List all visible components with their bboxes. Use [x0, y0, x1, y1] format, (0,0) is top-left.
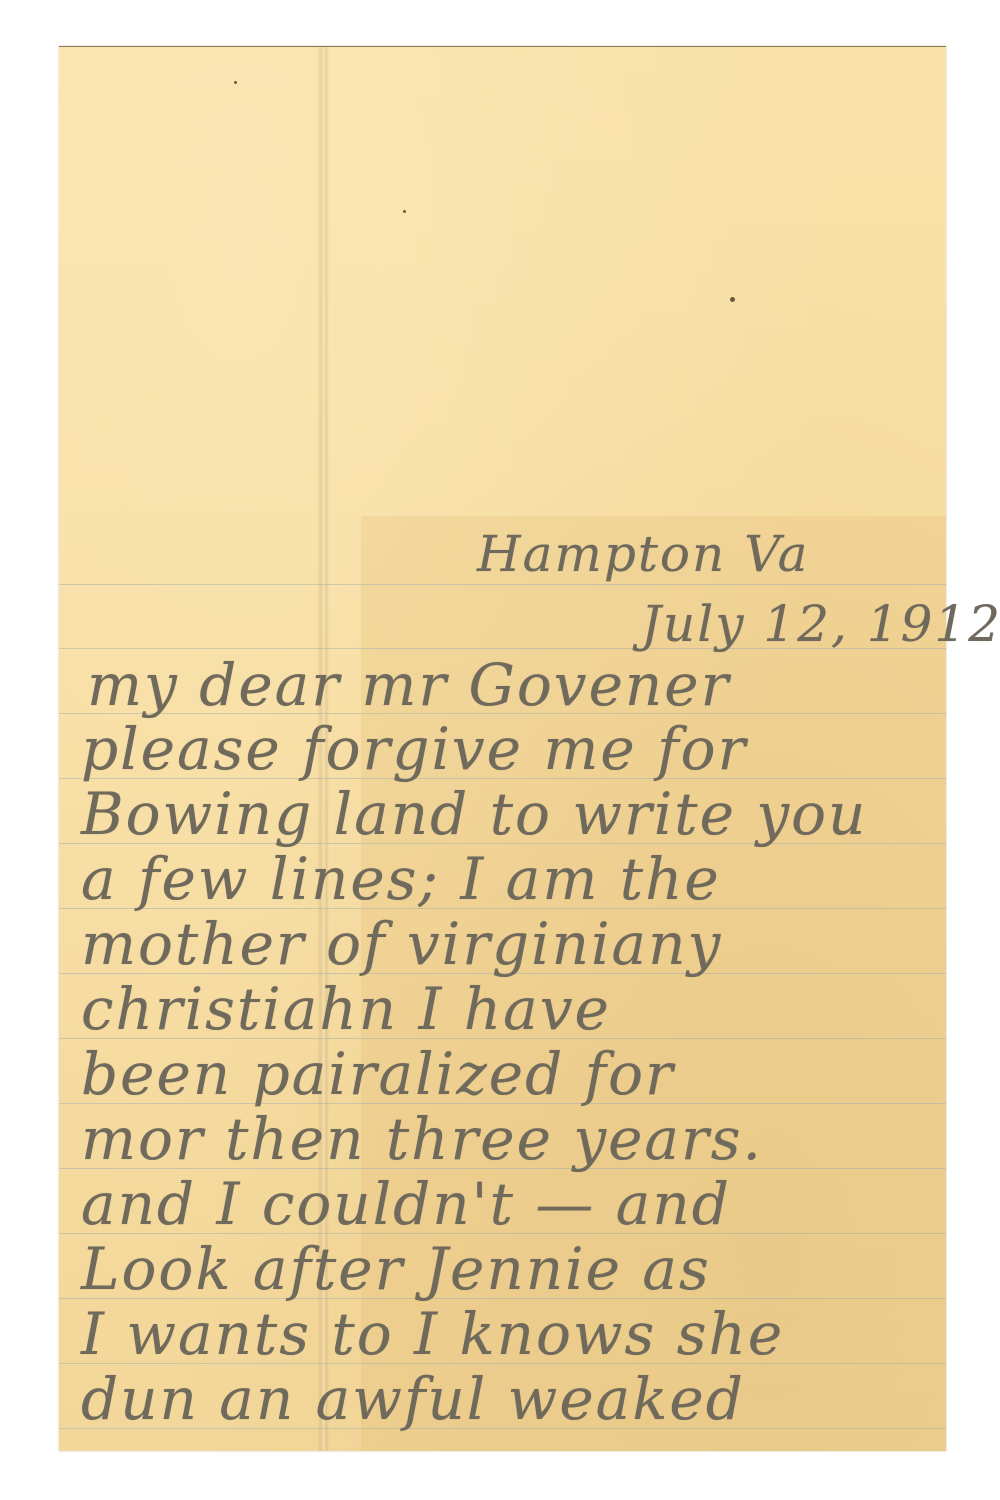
letter-line: dun an awful weaked: [81, 1365, 745, 1433]
letter-line: I wants to I knows she: [81, 1300, 784, 1368]
letter-salutation: my dear mr Govener: [87, 651, 730, 719]
letter-line: christiahn I have: [81, 975, 611, 1043]
ruled-line: [59, 584, 946, 585]
letter-line: Bowing land to write you: [81, 780, 867, 848]
letter-date: July 12, 1912: [641, 595, 1000, 653]
letter-line: a few lines; I am the: [81, 845, 721, 913]
letter-line: mother of virginiany: [81, 910, 722, 978]
letter-place: Hampton Va: [477, 525, 809, 583]
letter-line: and I couldn't — and: [81, 1170, 731, 1238]
letter-line: Look after Jennie as: [81, 1235, 711, 1303]
letter-paper: Hampton Va July 12, 1912 my dear mr Gove…: [59, 46, 946, 1451]
paper-speck: [730, 297, 735, 302]
letter-line: been pairalized for: [81, 1040, 675, 1108]
paper-speck: [403, 210, 406, 213]
letter-line: please forgive me for: [81, 715, 747, 783]
paper-speck: [234, 81, 237, 84]
letter-line: mor then three years.: [81, 1105, 763, 1173]
